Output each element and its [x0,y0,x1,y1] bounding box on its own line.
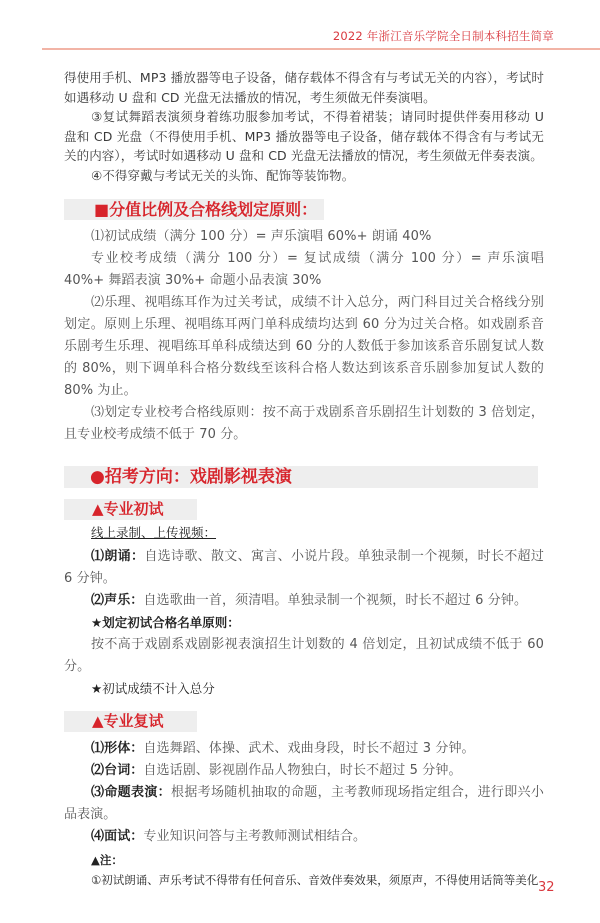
preliminary-item-vocal: ⑵声乐：自选歌曲一首，须清唱。单独录制一个视频，时长不超过 6 分钟。 [64,590,544,612]
item-label: ⑴朗诵： [91,549,144,564]
document-header-title: 2022 年浙江音乐学院全日制本科招生简章 [333,28,554,44]
scoring-paragraph-4: ⑶划定专业校考合格线原则：按不高于戏剧系音乐剧招生计划数的 3 倍划定，且专业校… [64,402,544,446]
preliminary-rule-title: ★划定初试合格名单原则： [64,612,544,634]
preliminary-note: ★初试成绩不计入总分 [64,678,544,700]
intro-paragraph-2: ③复试舞蹈表演须身着练功服参加考试，不得着裙装；请同时提供伴奏用移动 U 盘和 … [64,107,544,166]
scoring-paragraph-3: ⑵乐理、视唱练耳作为过关考试，成绩不计入总分，两门科目过关合格线分别划定。原则上… [64,292,544,402]
retest-item-lines: ⑵台词：自选话剧、影视剧作品人物独白，时长不超过 5 分钟。 [64,760,544,782]
intro-paragraph-3: ④不得穿戴与考试无关的头饰、配饰等装饰物。 [64,166,544,186]
item-label: ⑵台词： [91,763,143,778]
retest-heading: ▲专业复试 [64,711,197,732]
retest-item-improv: ⑶命题表演：根据考场随机抽取的命题，主考教师现场指定组合，进行即兴小品表演。 [64,782,544,826]
item-label: ⑷面试： [91,829,143,844]
scoring-paragraph-1: ⑴初试成绩（满分 100 分）= 声乐演唱 60%+ 朗诵 40% [64,226,544,248]
page-content: 得使用手机、MP3 播放器等电子设备，储存载体不得含有与考试无关的内容），考试时… [64,68,544,890]
preliminary-rule-text: 按不高于戏剧系戏剧影视表演招生计划数的 4 倍划定，且初试成绩不低于 60 分。 [64,634,544,678]
preliminary-item-recitation: ⑴朗诵：自选诗歌、散文、寓言、小说片段。单独录制一个视频，时长不超过 6 分钟。 [64,546,544,590]
item-text: 自选话剧、影视剧作品人物独白，时长不超过 5 分钟。 [143,763,461,778]
item-text: 自选歌曲一首，须清唱。单独录制一个视频，时长不超过 6 分钟。 [143,593,527,608]
scoring-paragraph-2: 专业校考成绩（满分 100 分）= 复试成绩（满分 100 分）= 声乐演唱 4… [64,248,544,292]
retest-item-interview: ⑷面试：专业知识问答与主考教师测试相结合。 [64,826,544,848]
item-label: ⑶命题表演： [91,785,171,800]
item-label: ⑴形体： [91,741,143,756]
intro-paragraph-1: 得使用手机、MP3 播放器等电子设备，储存载体不得含有与考试无关的内容），考试时… [64,68,544,107]
item-text: 专业知识问答与主考教师测试相结合。 [143,829,366,844]
item-text: 自选舞蹈、体操、武术、戏曲身段，时长不超过 3 分钟。 [143,741,474,756]
direction-heading: ●招考方向：戏剧影视表演 [64,466,538,488]
page-number: 32 [538,880,555,895]
retest-note-title: ▲注： [64,850,544,870]
retest-note-line: ①初试朗诵、声乐考试不得带有任何音乐、音效伴奏效果，须原声，不得使用话筒等美化 [64,870,544,890]
preliminary-sub-label: 线上录制、上传视频： [64,522,544,543]
scoring-section-heading: ■分值比例及合格线划定原则： [64,199,324,220]
preliminary-heading: ▲专业初试 [64,499,197,520]
header-divider [42,48,600,50]
item-label: ⑵声乐： [91,593,143,608]
retest-item-physique: ⑴形体：自选舞蹈、体操、武术、戏曲身段，时长不超过 3 分钟。 [64,738,544,760]
